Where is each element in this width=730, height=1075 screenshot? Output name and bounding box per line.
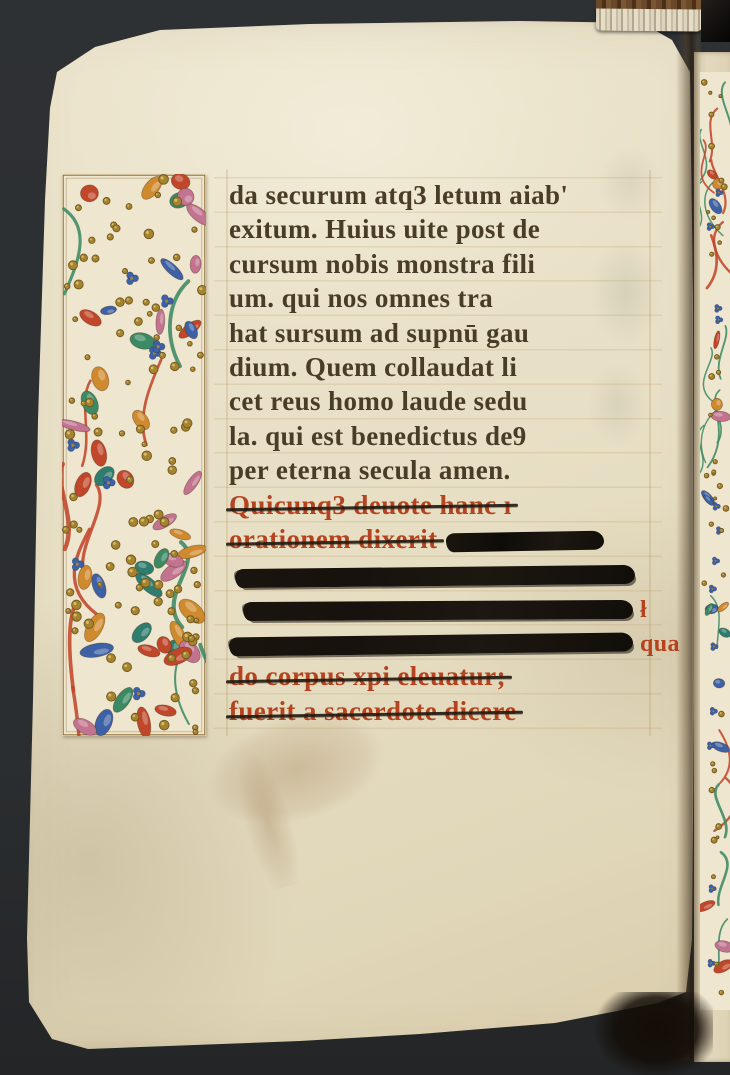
manuscript-text-line: per eterna secula amen.: [229, 454, 654, 488]
redacted-line: ł: [229, 592, 654, 626]
manuscript-text-line: cursum nobis monstra fili: [229, 248, 654, 282]
illuminated-border-right: [700, 72, 730, 1010]
gothic-text: per eterna secula amen.: [229, 454, 511, 487]
illuminated-border-left-art: [62, 174, 206, 736]
manuscript-text-line: cet reus homo laude sedu: [229, 385, 654, 419]
redaction-trail-text: qua: [640, 631, 680, 657]
redaction-blob: [445, 531, 603, 553]
redaction-bar: [235, 564, 635, 587]
gutter-bottom-shadow: [588, 992, 713, 1075]
gothic-text: da securum atq3 letum aiab': [229, 179, 568, 212]
clasp: [701, 0, 730, 42]
manuscript-text-line: do corpus xpi eleuatur;: [229, 660, 654, 694]
manuscript-text-line: da securum atq3 letum aiab': [229, 179, 654, 213]
redaction-bar: [229, 633, 633, 657]
illuminated-border-right-art: [700, 72, 730, 1010]
rubric-text: Quicunq3 deuote hanc ı: [229, 489, 512, 522]
gothic-text: exitum. Huius uite post de: [229, 213, 540, 246]
gothic-text: cursum nobis monstra fili: [229, 248, 535, 281]
gothic-text: dium. Quem collaudat li: [229, 351, 517, 384]
gothic-text: cet reus homo laude sedu: [229, 385, 528, 418]
manuscript-text-line: hat sursum ad supnū gau: [229, 317, 654, 351]
manuscript-text-line: fuerit a sacerdote dicere: [229, 695, 654, 729]
redacted-line: [229, 557, 654, 591]
rubric-text: fuerit a sacerdote dicere: [229, 695, 517, 728]
redaction-bar: [243, 600, 633, 621]
illuminated-border-left: [62, 174, 206, 736]
manuscript-text-line: Quicunq3 deuote hanc ı: [229, 489, 654, 523]
strike-line: [226, 676, 512, 684]
strike-line: [226, 504, 518, 512]
manuscript-photo: da securum atq3 letum aiab'exitum. Huius…: [0, 0, 730, 1075]
redaction-trail-text: ł: [640, 597, 647, 623]
redacted-line: qua: [229, 626, 654, 660]
rubric-text: do corpus xpi eleuatur;: [229, 660, 506, 693]
gothic-text: um. qui nos omnes tra: [229, 282, 493, 315]
text-block: da securum atq3 letum aiab'exitum. Huius…: [229, 179, 654, 729]
gothic-text: hat sursum ad supnū gau: [229, 317, 529, 350]
manuscript-text-line: la. qui est benedictus de9: [229, 420, 654, 454]
manuscript-text-line: orationem dixerit: [229, 523, 654, 557]
manuscript-text-line: exitum. Huius uite post de: [229, 213, 654, 247]
page-edges-top: [596, 8, 702, 31]
manuscript-text-line: dium. Quem collaudat li: [229, 351, 654, 385]
ruling-vertical-left: [226, 170, 228, 736]
strike-line: [226, 539, 444, 546]
strike-line: [226, 710, 523, 718]
manuscript-text-line: um. qui nos omnes tra: [229, 282, 654, 316]
gothic-text: la. qui est benedictus de9: [229, 420, 527, 453]
rubric-text: orationem dixerit: [229, 523, 438, 556]
